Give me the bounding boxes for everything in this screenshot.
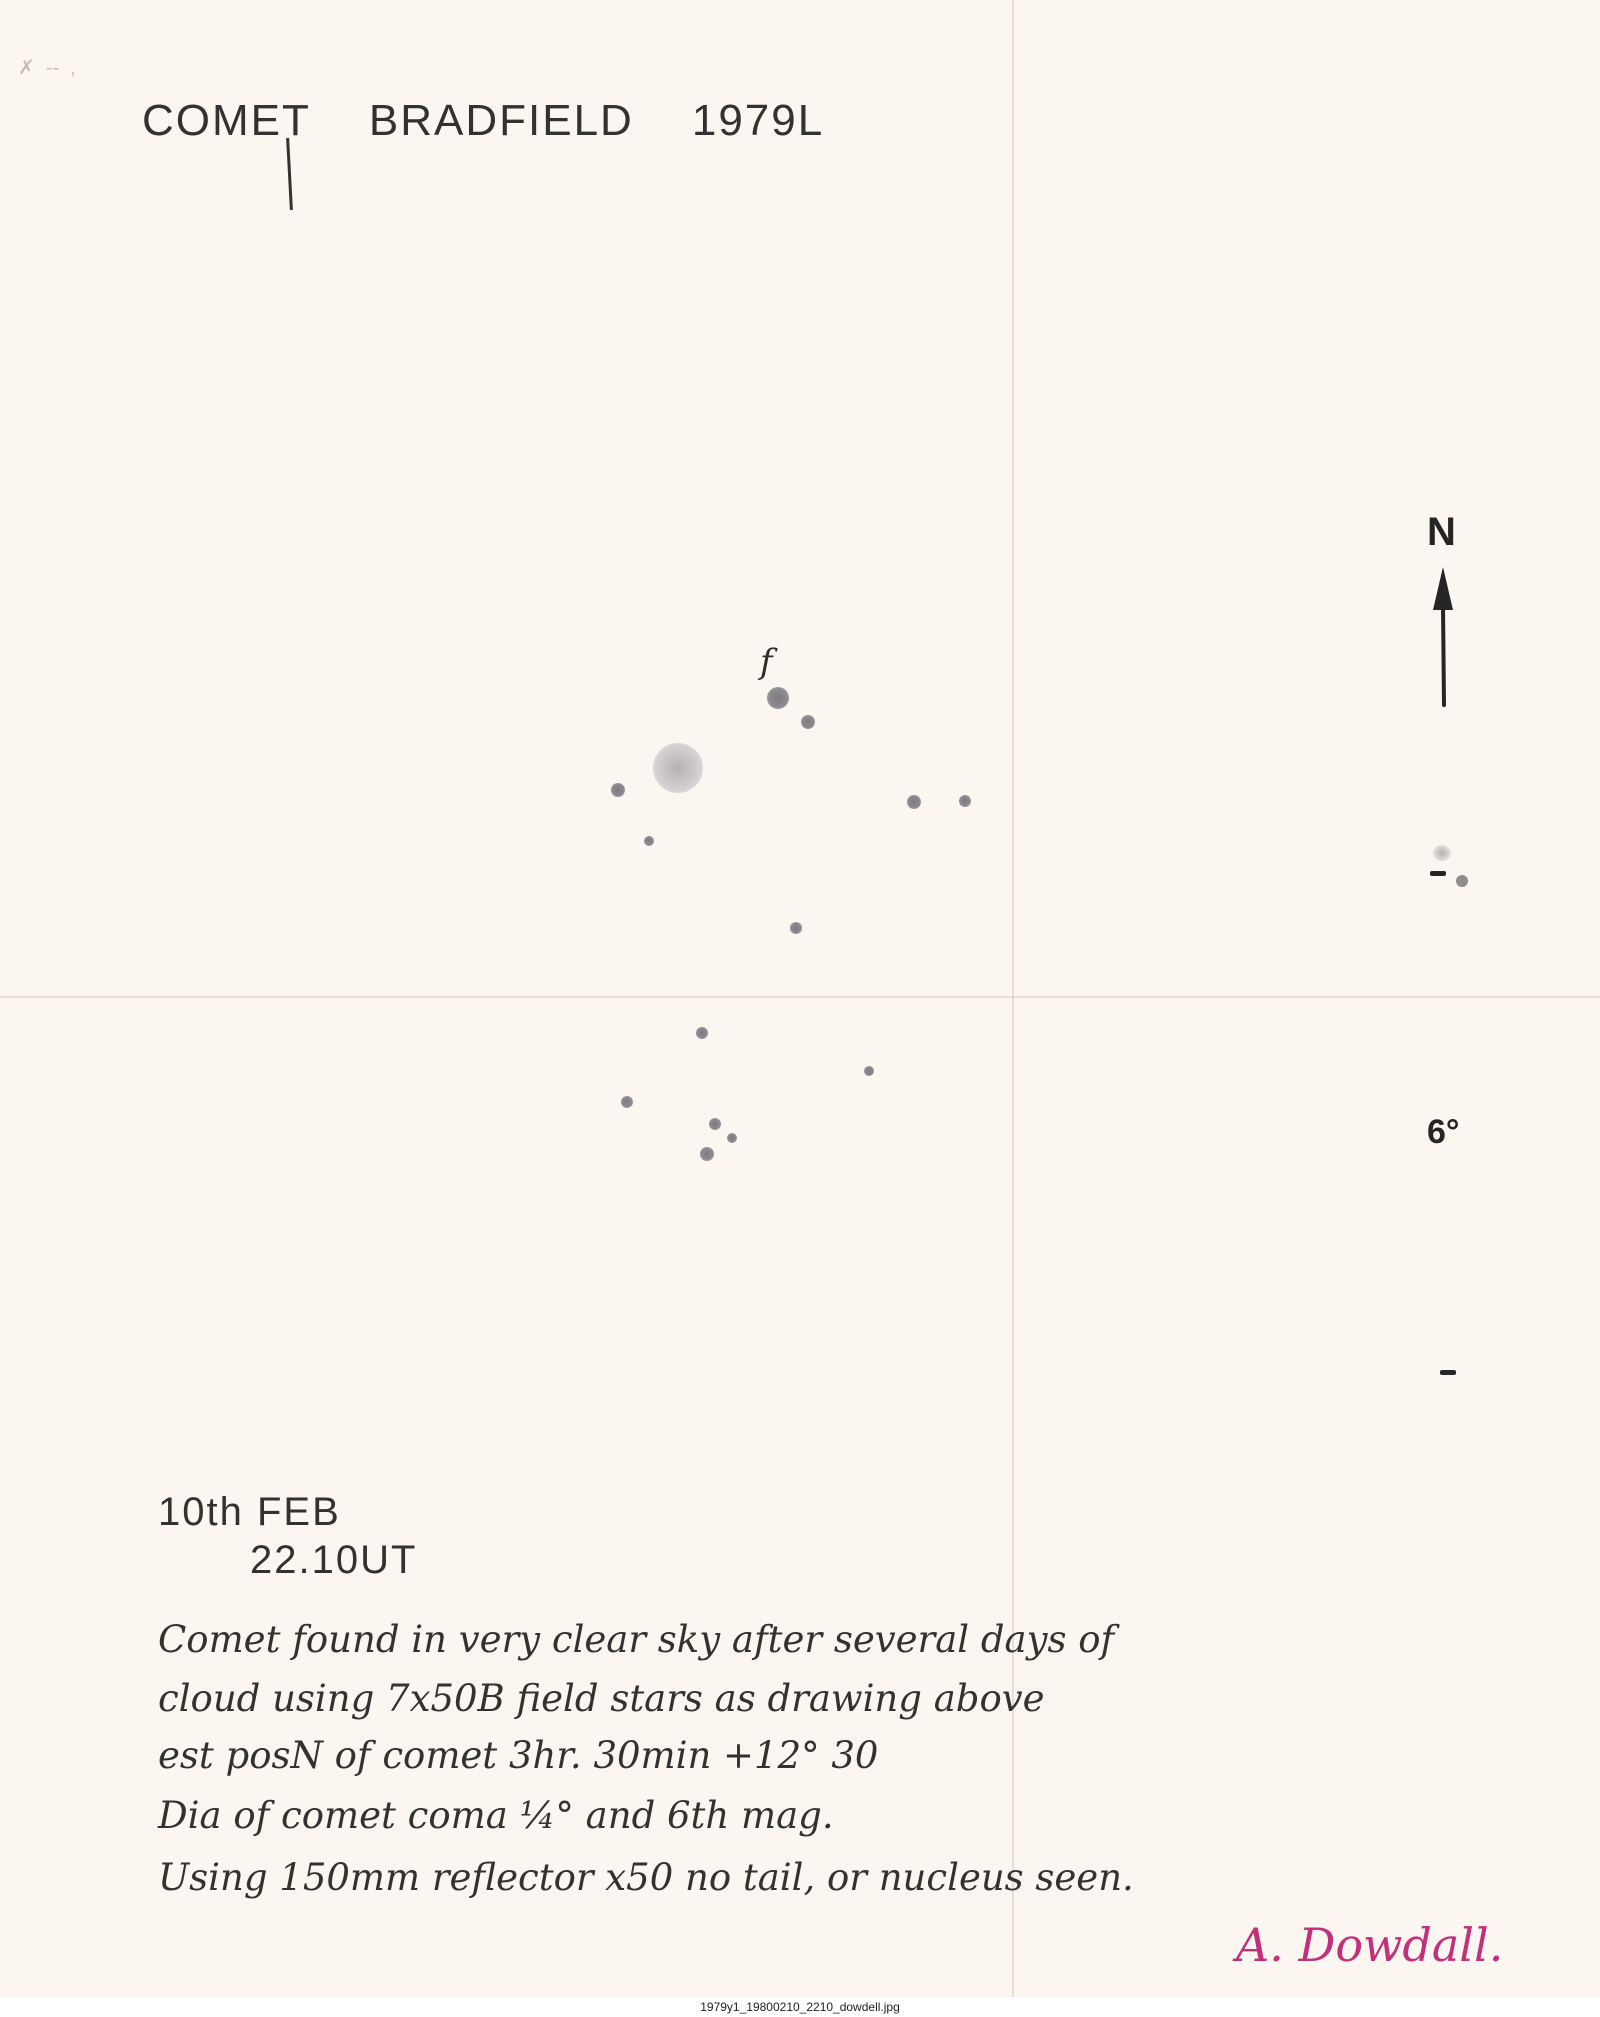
title-designation: 1979L (692, 96, 824, 146)
star (611, 783, 625, 797)
note-line-1: Comet found in very clear sky after seve… (158, 1618, 1114, 1661)
star (700, 1147, 714, 1161)
note-line-4: Dia of comet coma ¼° and 6th mag. (158, 1794, 834, 1837)
star (864, 1066, 874, 1076)
observation-sheet: ✗ ‐‐ , COMETBRADFIELD1979L f N 6° 10th F… (0, 0, 1600, 1997)
star (727, 1133, 737, 1143)
north-label: N (1427, 510, 1456, 555)
scale-tick-top (1430, 871, 1446, 876)
note-line-3: est posN of comet 3hr. 30min +12° 30 (158, 1734, 878, 1777)
title-word-name: BRADFIELD (369, 96, 634, 146)
comet-coma (653, 743, 703, 793)
file-caption: 1979y1_19800210_2210_dowdell.jpg (0, 1998, 1600, 2017)
observation-date: 10th FEB (158, 1490, 341, 1535)
observer-signature: A. Dowdall. (1236, 1918, 1503, 1972)
scale-smudge-dot (1456, 875, 1468, 887)
note-line-2: cloud using 7x50B field stars as drawing… (158, 1677, 1045, 1720)
title-t-stroke (286, 138, 293, 210)
star (959, 795, 971, 807)
scale-tick-bottom (1440, 1370, 1456, 1375)
star (790, 922, 802, 934)
scale-smudge (1433, 845, 1451, 861)
corner-pencil-mark: ✗ ‐‐ , (18, 55, 76, 80)
star-f (767, 687, 789, 709)
star (621, 1096, 633, 1108)
star-label-f: f (760, 642, 773, 682)
scale-label: 6° (1427, 1113, 1460, 1152)
star (696, 1027, 708, 1039)
north-arrow-icon (1425, 565, 1461, 710)
star (644, 836, 654, 846)
note-line-5: Using 150mm reflector x50 no tail, or nu… (158, 1856, 1134, 1899)
page-title: COMETBRADFIELD1979L (142, 96, 824, 146)
star (801, 715, 815, 729)
star (907, 795, 921, 809)
observation-time: 22.10UT (250, 1538, 417, 1583)
star (709, 1118, 721, 1130)
horizontal-fold-line (0, 996, 1600, 998)
